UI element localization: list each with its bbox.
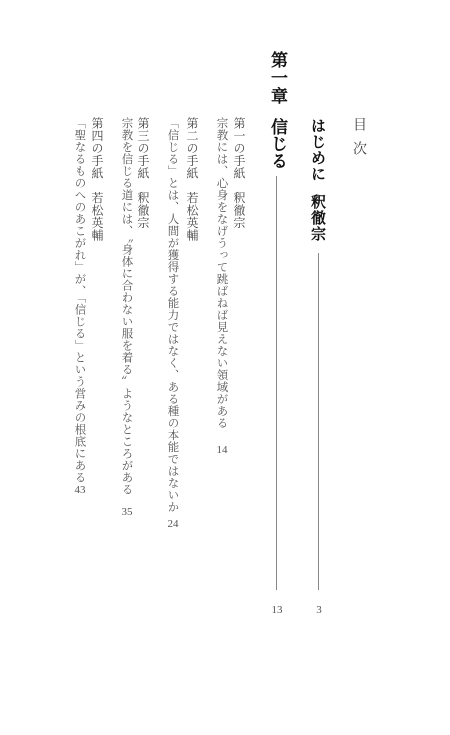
toc-heading: 目次 (352, 117, 366, 165)
letter-2-title: 第二の手紙 (185, 117, 199, 180)
letter-3-page-number: 35 (122, 506, 133, 518)
intro-page-number: 3 (316, 604, 322, 616)
letter-2-subtitle: 「信じる」とは、人間が獲得する能力ではなく、ある種の本能ではないか (167, 117, 179, 513)
intro-entry[interactable]: はじめに釈徹宗 (310, 118, 325, 242)
letter-3-title: 第三の手紙 (136, 117, 150, 180)
chapter-leader-line (276, 176, 277, 590)
letter-3-author: 釈徹宗 (136, 192, 150, 230)
intro-title: はじめに (309, 118, 327, 182)
chapter-number: 第一章 (268, 51, 285, 105)
letter-1-title: 第一の手紙 (232, 117, 246, 180)
letter-4-page-number: 43 (75, 484, 86, 496)
letter-3-heading[interactable]: 第三の手紙釈徹宗 (137, 117, 149, 229)
chapter-page-number: 13 (272, 604, 283, 616)
letter-3-subtitle: 宗教を信じる道には、〝身体に合わない服を着る〟ようなところがある (121, 117, 133, 495)
intro-leader-line (318, 253, 319, 590)
intro-author: 釈徹宗 (309, 194, 327, 242)
letter-2-page-number: 24 (168, 518, 179, 530)
letter-4-author: 若松英輔 (90, 192, 104, 242)
letter-1-page-number: 14 (217, 444, 228, 456)
chapter-title[interactable]: 信じる (268, 118, 285, 169)
letter-1-author: 釈徹宗 (232, 192, 246, 230)
letter-2-heading[interactable]: 第二の手紙若松英輔 (186, 117, 198, 242)
letter-1-heading[interactable]: 第一の手紙釈徹宗 (233, 117, 245, 229)
letter-1-subtitle: 宗教には、心身をなげうって跳ばねば見えない領域がある (216, 117, 228, 429)
letter-2-author: 若松英輔 (185, 192, 199, 242)
letter-4-title: 第四の手紙 (90, 117, 104, 180)
letter-4-heading[interactable]: 第四の手紙若松英輔 (91, 117, 103, 242)
letter-4-subtitle: 「聖なるものへのあこがれ」が、「信じる」という営みの根底にある (74, 117, 86, 483)
